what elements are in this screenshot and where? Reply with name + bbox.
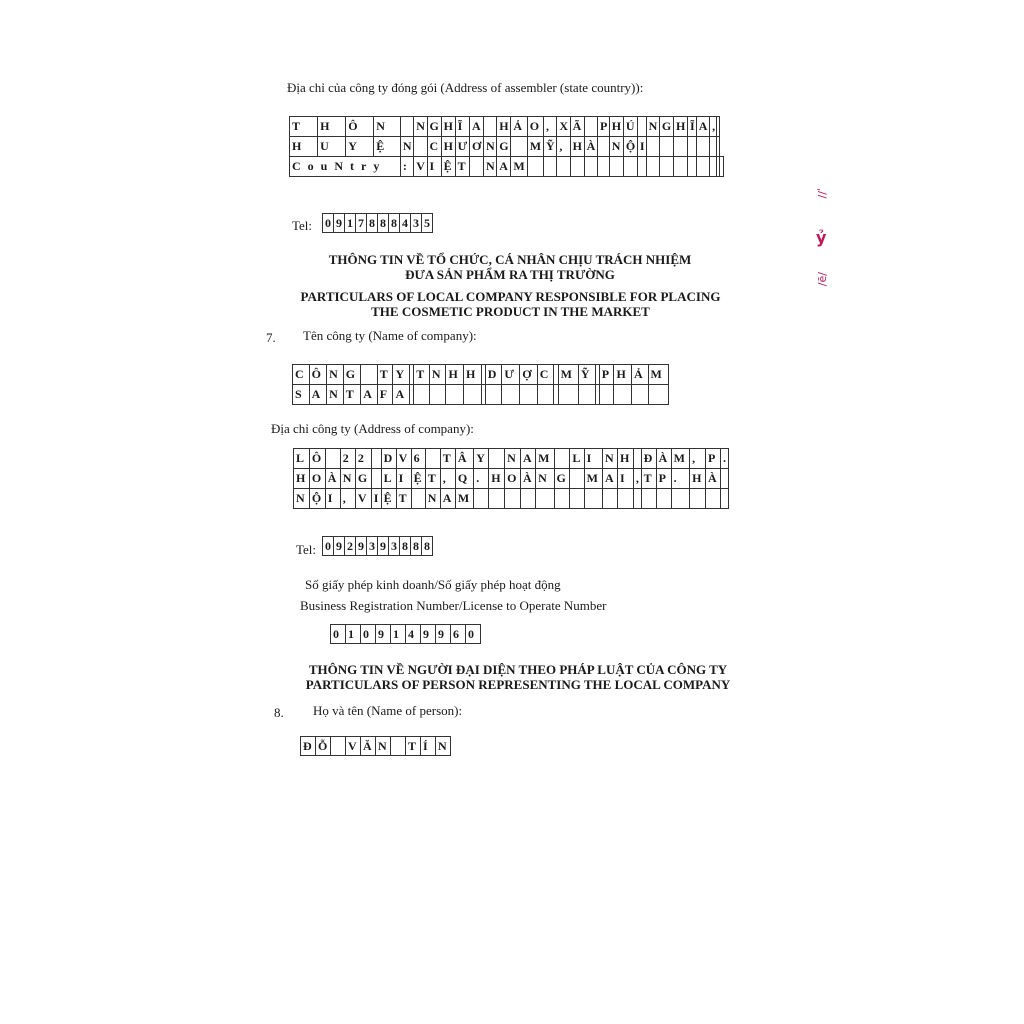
grid-cell [597, 157, 609, 177]
grid-cell: Ô [346, 117, 374, 137]
item-number-8: 8. [274, 705, 284, 721]
grid-cell: H [489, 469, 505, 489]
grid-cell: N [327, 365, 344, 385]
grid-cell: V [346, 737, 361, 756]
grid-cell [659, 157, 673, 177]
grid-cell [688, 137, 697, 157]
grid-cell: A [469, 117, 483, 137]
grid-cell [609, 157, 623, 177]
grid-cell [720, 157, 724, 177]
grid-cell: T [425, 469, 440, 489]
grid-row: SANTAFA [293, 385, 669, 405]
grid-cell: 1 [345, 214, 356, 233]
grid-cell [414, 137, 427, 157]
grid-cell: 0 [361, 625, 376, 644]
grid-cell: 8 [400, 537, 411, 556]
grid-cell: M [527, 137, 543, 157]
heading-en-line2: THE COSMETIC PRODUCT IN THE MARKET [288, 304, 733, 319]
grid-cell: X [557, 117, 570, 137]
grid-cell: Ô [309, 449, 325, 469]
grid-cell: N [609, 137, 623, 157]
grid-cell: H [290, 137, 318, 157]
grid-cell: Ộ [309, 489, 325, 509]
grid-cell: A [521, 449, 536, 469]
assembler-address-label: Địa chỉ của công ty đóng gói (Address of… [287, 80, 643, 96]
grid-cell: , [440, 469, 455, 489]
grid-cell: 2 [355, 449, 371, 469]
grid-cell: 0 [323, 214, 334, 233]
grid-cell: H [690, 469, 706, 489]
grid-cell: N [484, 137, 497, 157]
grid-cell [502, 385, 520, 405]
grid-cell [489, 489, 505, 509]
grid-cell [656, 489, 671, 509]
grid-cell [536, 489, 554, 509]
grid-cell [688, 157, 697, 177]
grid-cell: M [584, 469, 602, 489]
local-company-heading-vi: THÔNG TIN VỀ TỔ CHỨC, CÁ NHÂN CHỊU TRÁCH… [300, 252, 720, 282]
grid-cell: 9 [378, 537, 389, 556]
grid-cell: N [374, 117, 401, 137]
grid-cell [705, 489, 720, 509]
business-registration-label-vi: Số giấy phép kinh doanh/Số giấy phép hoạ… [305, 577, 561, 593]
grid-cell [446, 385, 464, 405]
grid-cell: A [361, 385, 378, 405]
grid-cell: T [377, 365, 393, 385]
grid-cell: N [436, 737, 451, 756]
grid-cell [646, 157, 659, 177]
grid-cell: N [429, 365, 446, 385]
grid-cell: M [455, 489, 473, 509]
heading-en-line1: PARTICULARS OF LOCAL COMPANY RESPONSIBLE… [288, 289, 733, 304]
grid-cell: N [603, 449, 618, 469]
grid-cell: N [505, 449, 521, 469]
grid-cell [557, 157, 570, 177]
grid-cell [641, 489, 656, 509]
grid-cell: 2 [340, 449, 355, 469]
grid-cell [414, 385, 430, 405]
grid-cell: S [293, 385, 310, 405]
grid-cell: T [455, 157, 469, 177]
grid-cell: T [414, 365, 430, 385]
grid-cell: 0 [331, 625, 346, 644]
grid-cell: N [327, 385, 344, 405]
grid-cell: Ư [455, 137, 469, 157]
grid-cell [570, 489, 584, 509]
grid-cell: N [400, 137, 413, 157]
grid-cell: Ệ [374, 137, 401, 157]
grid-cell: H [446, 365, 464, 385]
grid-cell: M [511, 157, 527, 177]
grid-cell [690, 489, 706, 509]
grid-cell: 8 [389, 214, 400, 233]
grid-cell: O [505, 469, 521, 489]
grid-cell: T [440, 449, 455, 469]
grid-cell: Ư [502, 365, 520, 385]
grid-cell [599, 385, 614, 405]
grid-cell: H [441, 117, 455, 137]
grid-cell: G [355, 469, 371, 489]
grid-cell: N [536, 469, 554, 489]
grid-cell: , [690, 449, 706, 469]
grid-cell: Ã [570, 117, 584, 137]
grid-cell: 4 [406, 625, 421, 644]
grid-cell: 0 [323, 537, 334, 556]
grid-cell: O [309, 469, 325, 489]
grid-cell: I [584, 449, 602, 469]
grid-cell: , [557, 137, 570, 157]
grid-cell [391, 737, 406, 756]
grid-row: HOÀNGLIỆT,Q.HOÀNGMAI,TP.HÀ [294, 469, 729, 489]
grid-cell: Ợ [520, 365, 538, 385]
grid-cell: M [558, 365, 578, 385]
grid-cell: Ă [361, 737, 376, 756]
grid-cell: T [641, 469, 656, 489]
grid-cell [673, 157, 687, 177]
grid-cell [710, 157, 717, 177]
grid-cell [489, 449, 505, 469]
grid-cell [361, 365, 378, 385]
grid-cell [325, 449, 340, 469]
grid-cell [637, 117, 646, 137]
grid-cell [521, 489, 536, 509]
grid-cell: A [603, 469, 618, 489]
grid-cell: Ộ [623, 137, 637, 157]
grid-cell: F [377, 385, 393, 405]
grid-cell [520, 385, 538, 405]
grid-cell: I [325, 489, 340, 509]
grid-cell: Y [393, 365, 410, 385]
local-company-heading-en: PARTICULARS OF LOCAL COMPANY RESPONSIBLE… [288, 289, 733, 319]
grid-cell [331, 737, 346, 756]
grid-cell: T [290, 117, 318, 137]
grid-cell: H [294, 469, 310, 489]
grid-cell: Ỗ [316, 737, 331, 756]
company-name-grid: CÔNGTYTNHHDƯỢCMỸPHẢMSANTAFA [292, 364, 669, 405]
grid-cell [603, 489, 618, 509]
company-tel-grid: 0929393888 [322, 536, 433, 556]
grid-cell [721, 469, 729, 489]
grid-cell: À [521, 469, 536, 489]
grid-cell [511, 137, 527, 157]
grid-cell: 9 [436, 625, 451, 644]
grid-cell: C [427, 137, 441, 157]
grid-cell [648, 385, 668, 405]
company-tel-label: Tel: [296, 542, 316, 558]
margin-stamp-mark-1: //ʹ [816, 188, 829, 198]
grid-cell: G [554, 469, 570, 489]
grid-cell: , [544, 117, 557, 137]
grid-cell [673, 137, 687, 157]
grid-cell: T [343, 385, 361, 405]
grid-cell [570, 469, 584, 489]
grid-cell: À [705, 469, 720, 489]
grid-cell: V [396, 449, 411, 469]
grid-cell [464, 385, 482, 405]
person-name-grid: ĐỖVĂNTÍN [300, 736, 451, 756]
grid-cell: : [400, 157, 413, 177]
grid-cell: 2 [345, 537, 356, 556]
grid-cell [637, 157, 646, 177]
grid-cell [696, 157, 709, 177]
grid-cell: 9 [334, 537, 345, 556]
grid-cell: C [537, 365, 554, 385]
grid-cell: P [597, 117, 609, 137]
grid-cell: G [343, 365, 361, 385]
grid-cell: 8 [422, 537, 433, 556]
grid-cell: Ĩ [688, 117, 697, 137]
grid-cell [505, 489, 521, 509]
grid-cell: Ú [623, 117, 637, 137]
grid-cell: Y [474, 449, 489, 469]
grid-cell: I [427, 157, 441, 177]
grid-cell [537, 385, 554, 405]
representative-heading-vi: THÔNG TIN VỀ NGƯỜI ĐẠI DIỆN THEO PHÁP LU… [293, 662, 743, 677]
representative-heading: THÔNG TIN VỀ NGƯỜI ĐẠI DIỆN THEO PHÁP LU… [293, 662, 743, 692]
grid-cell: A [497, 157, 511, 177]
grid-cell: M [536, 449, 554, 469]
grid-row: LÔ22DV6TÂYNAMLINHĐÀM,P. [294, 449, 729, 469]
grid-cell: M [648, 365, 668, 385]
grid-cell: Đ [301, 737, 316, 756]
grid-cell: H [673, 117, 687, 137]
grid-cell: Y [346, 137, 374, 157]
grid-cell [584, 117, 597, 137]
grid-cell: A [393, 385, 410, 405]
grid-cell: 6 [411, 449, 425, 469]
grid-cell: I [396, 469, 411, 489]
business-registration-grid: 0109149960 [330, 624, 481, 644]
grid-cell: V [355, 489, 371, 509]
grid-row: CouNtry:VIỆTNAM [290, 157, 724, 177]
grid-cell: 9 [376, 625, 391, 644]
grid-cell: Đ [641, 449, 656, 469]
grid-cell: À [656, 449, 671, 469]
grid-cell [710, 137, 717, 157]
grid-cell: H [618, 449, 634, 469]
grid-cell: Ệ [441, 157, 455, 177]
grid-cell [716, 117, 719, 137]
grid-cell: L [570, 449, 584, 469]
grid-cell: 4 [400, 214, 411, 233]
grid-cell [597, 137, 609, 157]
grid-cell [485, 385, 502, 405]
grid-cell [484, 117, 497, 137]
grid-cell: Ơ [469, 137, 483, 157]
grid-cell: T [406, 737, 421, 756]
grid-cell: P [656, 469, 671, 489]
grid-cell [584, 157, 597, 177]
grid-cell: O [527, 117, 543, 137]
grid-cell: A [696, 117, 709, 137]
assembler-tel-grid: 0917888435 [322, 213, 433, 233]
assembler-tel-label: Tel: [292, 218, 312, 234]
grid-cell [400, 117, 413, 137]
grid-cell: 9 [421, 625, 436, 644]
grid-cell [614, 385, 632, 405]
grid-cell: 9 [334, 214, 345, 233]
grid-cell: H [441, 137, 455, 157]
grid-cell: L [294, 449, 310, 469]
grid-cell: L [381, 469, 396, 489]
grid-row: HUYỆNCHƯƠNGMỸ,HÀNỘI [290, 137, 724, 157]
grid-cell: 8 [378, 214, 389, 233]
grid-cell [411, 489, 425, 509]
grid-cell [429, 385, 446, 405]
grid-cell [716, 137, 719, 157]
grid-cell: H [570, 137, 584, 157]
grid-row: THÔNNGHĨAHẢO,XÃPHÚNGHĨA, [290, 117, 724, 137]
grid-cell: N [414, 117, 427, 137]
grid-cell: I [371, 489, 381, 509]
grid-cell: , [710, 117, 717, 137]
grid-cell: 8 [367, 214, 378, 233]
grid-cell: 1 [391, 625, 406, 644]
company-name-label: Tên công ty (Name of company): [303, 328, 477, 344]
grid-cell: N [340, 469, 355, 489]
grid-cell: . [721, 449, 729, 469]
company-address-label: Địa chỉ công ty (Address of company): [271, 421, 474, 437]
grid-cell: D [485, 365, 502, 385]
grid-cell: H [464, 365, 482, 385]
grid-cell: 3 [367, 537, 378, 556]
grid-row: NỘI,VIỆTNAM [294, 489, 729, 509]
grid-cell [371, 449, 381, 469]
grid-cell: P [705, 449, 720, 469]
grid-cell: M [671, 449, 689, 469]
grid-cell [671, 489, 689, 509]
grid-cell: A [309, 385, 327, 405]
grid-cell: H [318, 117, 346, 137]
grid-cell [474, 489, 489, 509]
grid-cell: Í [421, 737, 436, 756]
grid-cell: 9 [356, 537, 367, 556]
margin-stamp-mark-2: ỷ [816, 228, 826, 247]
heading-vi-line1: THÔNG TIN VỀ TỔ CHỨC, CÁ NHÂN CHỊU TRÁCH… [300, 252, 720, 267]
grid-cell: Ĩ [455, 117, 469, 137]
grid-cell: I [637, 137, 646, 157]
grid-cell: À [584, 137, 597, 157]
grid-cell: Â [455, 449, 473, 469]
grid-cell [578, 385, 595, 405]
grid-cell: 5 [422, 214, 433, 233]
grid-cell [633, 489, 641, 509]
grid-row: 0929393888 [323, 537, 433, 556]
grid-cell [371, 469, 381, 489]
grid-cell [544, 157, 557, 177]
grid-cell [721, 489, 729, 509]
grid-cell: I [618, 469, 634, 489]
assembler-address-grid: THÔNNGHĨAHẢO,XÃPHÚNGHĨA,HUYỆNCHƯƠNGMỸ,HÀ… [289, 116, 724, 177]
grid-cell: H [497, 117, 511, 137]
grid-cell: H [609, 117, 623, 137]
heading-vi-line2: ĐƯA SẢN PHẨM RA THỊ TRƯỜNG [300, 267, 720, 282]
grid-cell: Ỹ [544, 137, 557, 157]
grid-cell: Ệ [381, 489, 396, 509]
grid-cell: G [497, 137, 511, 157]
grid-cell: N [425, 489, 440, 509]
grid-cell: N [484, 157, 497, 177]
grid-cell: Ả [511, 117, 527, 137]
grid-row: ĐỖVĂNTÍN [301, 737, 451, 756]
grid-cell [554, 449, 570, 469]
person-name-label: Họ và tên (Name of person): [313, 703, 462, 719]
grid-cell: G [427, 117, 441, 137]
business-registration-label-en: Business Registration Number/License to … [300, 598, 607, 614]
grid-cell: Ả [631, 365, 648, 385]
grid-cell [425, 449, 440, 469]
grid-cell: N [294, 489, 310, 509]
grid-cell: N [376, 737, 391, 756]
grid-cell [696, 137, 709, 157]
item-number-7: 7. [266, 330, 276, 346]
company-address-grid: LÔ22DV6TÂYNAMLINHĐÀM,P.HOÀNGLIỆT,Q.HOÀNG… [293, 448, 729, 509]
grid-cell: 1 [346, 625, 361, 644]
grid-cell [631, 385, 648, 405]
grid-cell [469, 157, 483, 177]
grid-cell: N [646, 117, 659, 137]
grid-cell: V [414, 157, 427, 177]
grid-cell: . [474, 469, 489, 489]
grid-cell: À [325, 469, 340, 489]
grid-row: 0917888435 [323, 214, 433, 233]
grid-cell: . [671, 469, 689, 489]
grid-row: 0109149960 [331, 625, 481, 644]
grid-cell: C [293, 365, 310, 385]
margin-stamp-mark-3: /ē/ [816, 272, 829, 286]
grid-cell: U [318, 137, 346, 157]
grid-cell: D [381, 449, 396, 469]
grid-cell [558, 385, 578, 405]
grid-cell [659, 137, 673, 157]
grid-cell: 0 [466, 625, 481, 644]
grid-cell: T [396, 489, 411, 509]
grid-cell: Ỹ [578, 365, 595, 385]
grid-cell [570, 157, 584, 177]
grid-cell: 6 [451, 625, 466, 644]
grid-cell: 7 [356, 214, 367, 233]
grid-cell: P [599, 365, 614, 385]
grid-cell [633, 449, 641, 469]
grid-cell [554, 489, 570, 509]
grid-cell: H [614, 365, 632, 385]
grid-cell: CouNtry [290, 157, 401, 177]
grid-cell [646, 137, 659, 157]
grid-cell [527, 157, 543, 177]
grid-cell: 3 [389, 537, 400, 556]
grid-row: CÔNGTYTNHHDƯỢCMỸPHẢM [293, 365, 669, 385]
grid-cell [623, 157, 637, 177]
grid-cell [584, 489, 602, 509]
grid-cell: , [340, 489, 355, 509]
grid-cell: G [659, 117, 673, 137]
grid-cell: 3 [411, 214, 422, 233]
representative-heading-en: PARTICULARS OF PERSON REPRESENTING THE L… [293, 677, 743, 692]
grid-cell: Ô [309, 365, 327, 385]
grid-cell: Q [455, 469, 473, 489]
grid-cell [618, 489, 634, 509]
grid-cell: 8 [411, 537, 422, 556]
grid-cell: Ệ [411, 469, 425, 489]
grid-cell: , [633, 469, 641, 489]
grid-cell: A [440, 489, 455, 509]
